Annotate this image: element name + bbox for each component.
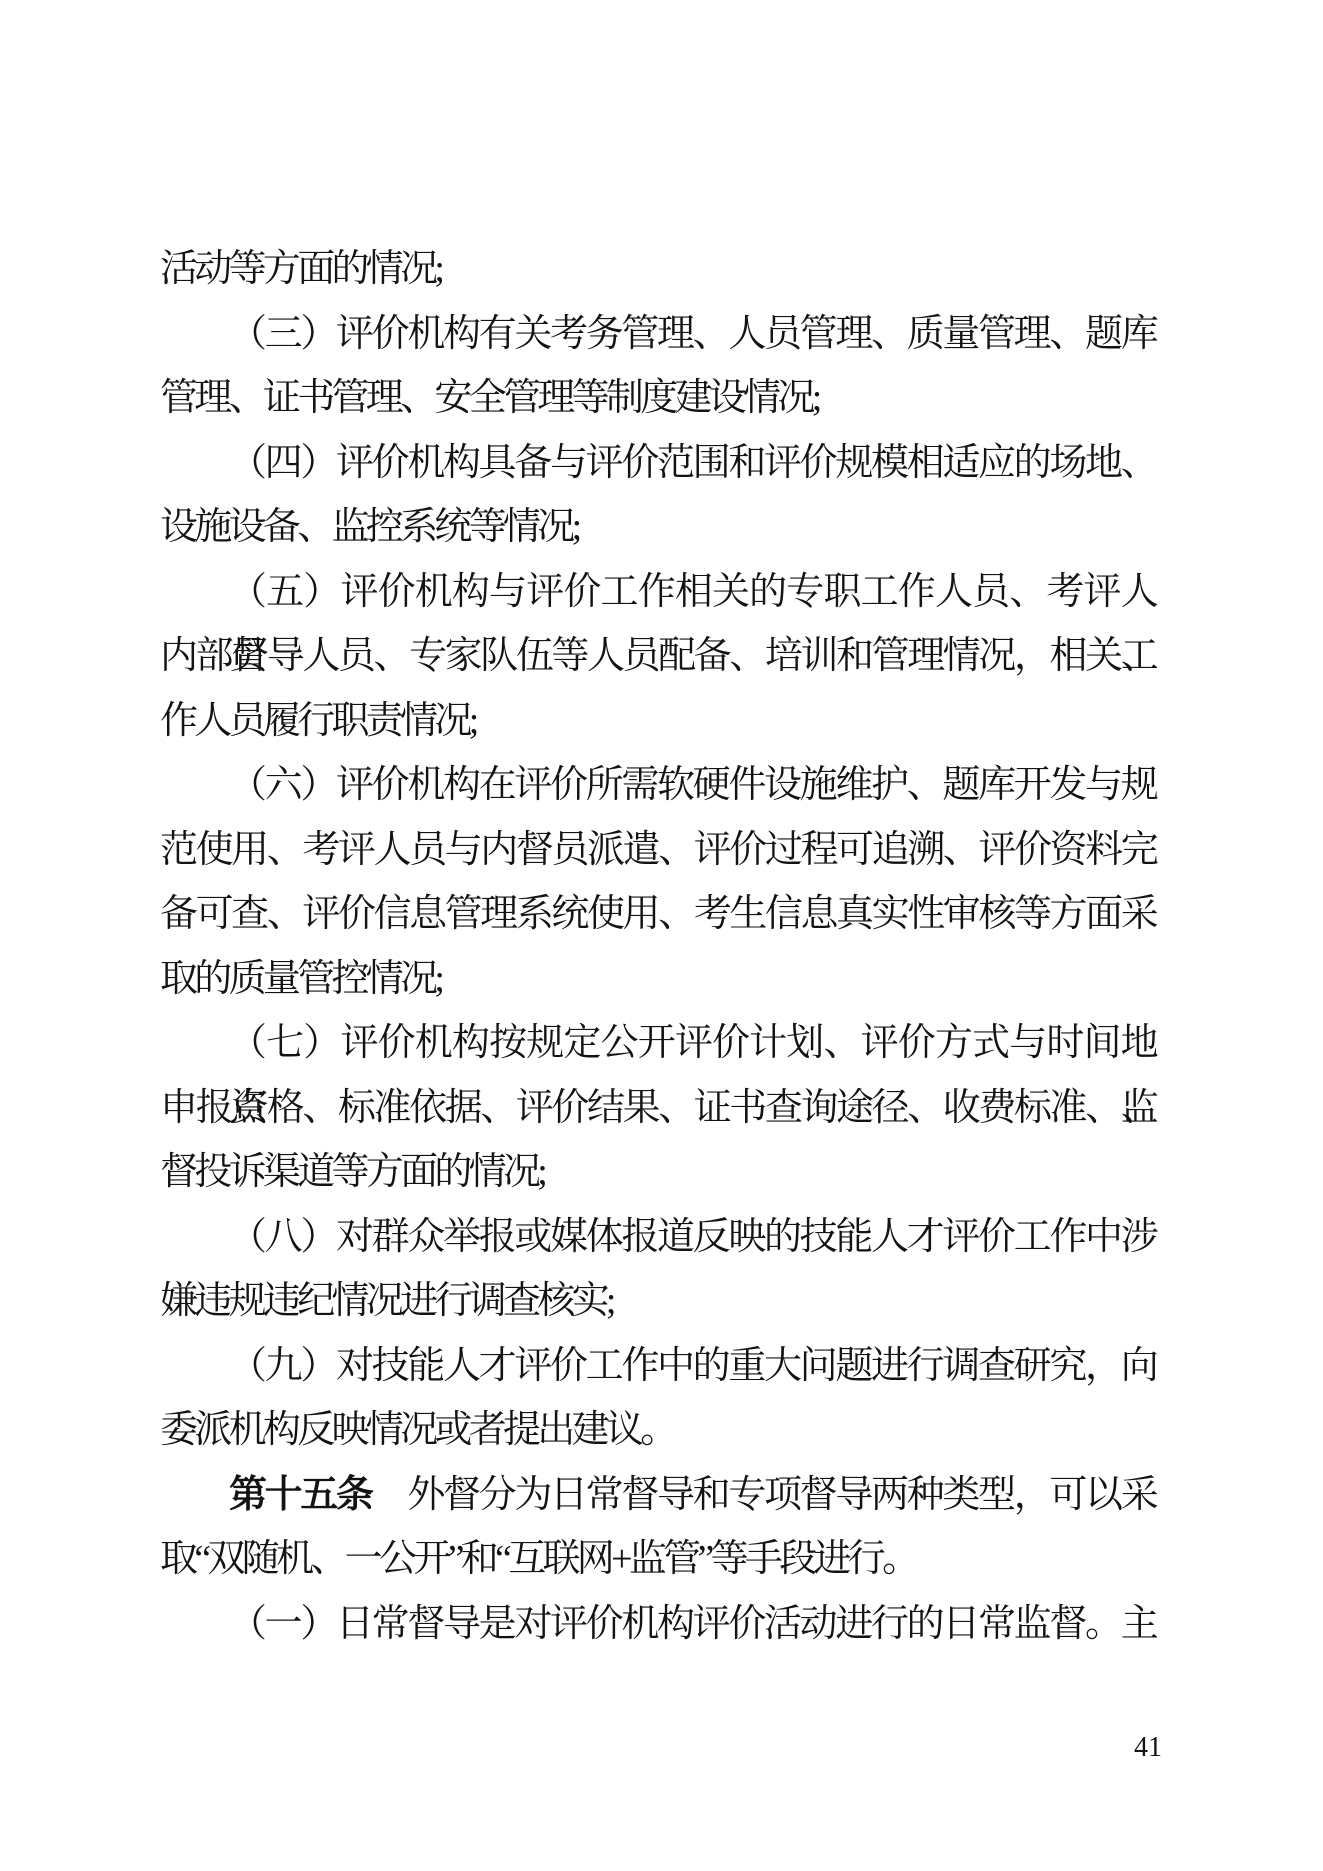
text-line: 申报资格、标准依据、评价结果、证书查询途径、收费标准、监	[160, 1076, 1155, 1141]
text-line: 作人员履行职责情况;	[160, 689, 1155, 754]
article-number: 第十五条	[229, 1474, 372, 1516]
paragraph: （五）评价机构与评价工作相关的专职工作人员、考评人员、 内部督导人员、专家队伍等…	[160, 560, 1155, 754]
paragraph: （七）评价机构按规定公开评价计划、评价方式与时间地点、 申报资格、标准依据、评价…	[160, 1011, 1155, 1205]
text-line: （三）评价机构有关考务管理、人员管理、质量管理、题库	[160, 302, 1155, 367]
text-line: （九）对技能人才评价工作中的重大问题进行调查研究，向	[160, 1334, 1155, 1399]
document-page: 活动等方面的情况; （三）评价机构有关考务管理、人员管理、质量管理、题库 管理、…	[0, 0, 1323, 1871]
text-line: 取“双随机、一公开”和“互联网+监管”等手段进行。	[160, 1527, 1155, 1592]
text-line: 第十五条 外督分为日常督导和专项督导两种类型，可以采	[160, 1463, 1155, 1528]
text-line: 设施设备、监控系统等情况;	[160, 495, 1155, 560]
text-line: （八）对群众举报或媒体报道反映的技能人才评价工作中涉	[160, 1205, 1155, 1270]
page-number: 41	[1134, 1731, 1162, 1765]
paragraph: （一）日常督导是对评价机构评价活动进行的日常监督。主	[160, 1592, 1155, 1657]
text-line: 嫌违规违纪情况进行调查核实;	[160, 1269, 1155, 1334]
paragraph: （八）对群众举报或媒体报道反映的技能人才评价工作中涉 嫌违规违纪情况进行调查核实…	[160, 1205, 1155, 1334]
paragraph: 活动等方面的情况;	[160, 237, 1155, 302]
paragraph: （六）评价机构在评价所需软硬件设施维护、题库开发与规 范使用、考评人员与内督员派…	[160, 753, 1155, 1011]
paragraph: （四）评价机构具备与评价范围和评价规模相适应的场地、 设施设备、监控系统等情况;	[160, 431, 1155, 560]
paragraph: （三）评价机构有关考务管理、人员管理、质量管理、题库 管理、证书管理、安全管理等…	[160, 302, 1155, 431]
article-text: 外督分为日常督导和专项督导两种类型，可以采	[372, 1474, 1155, 1516]
text-line: 委派机构反映情况或者提出建议。	[160, 1398, 1155, 1463]
text-line: 备可查、评价信息管理系统使用、考生信息真实性审核等方面采	[160, 882, 1155, 947]
paragraph: （九）对技能人才评价工作中的重大问题进行调查研究，向 委派机构反映情况或者提出建…	[160, 1334, 1155, 1463]
text-line: 取的质量管控情况;	[160, 947, 1155, 1012]
text-line: 活动等方面的情况;	[160, 237, 1155, 302]
text-line: （一）日常督导是对评价机构评价活动进行的日常监督。主	[160, 1592, 1155, 1657]
text-line: （四）评价机构具备与评价范围和评价规模相适应的场地、	[160, 431, 1155, 496]
text-line: 内部督导人员、专家队伍等人员配备、培训和管理情况，相关工	[160, 624, 1155, 689]
text-line: 范使用、考评人员与内督员派遣、评价过程可追溯、评价资料完	[160, 818, 1155, 883]
text-line: 管理、证书管理、安全管理等制度建设情况;	[160, 366, 1155, 431]
text-line: （六）评价机构在评价所需软硬件设施维护、题库开发与规	[160, 753, 1155, 818]
paragraph: 第十五条 外督分为日常督导和专项督导两种类型，可以采 取“双随机、一公开”和“互…	[160, 1463, 1155, 1592]
text-line: （七）评价机构按规定公开评价计划、评价方式与时间地点、	[160, 1011, 1155, 1076]
page-body-text: 活动等方面的情况; （三）评价机构有关考务管理、人员管理、质量管理、题库 管理、…	[160, 237, 1155, 1656]
text-line: 督投诉渠道等方面的情况;	[160, 1140, 1155, 1205]
text-line: （五）评价机构与评价工作相关的专职工作人员、考评人员、	[160, 560, 1155, 625]
